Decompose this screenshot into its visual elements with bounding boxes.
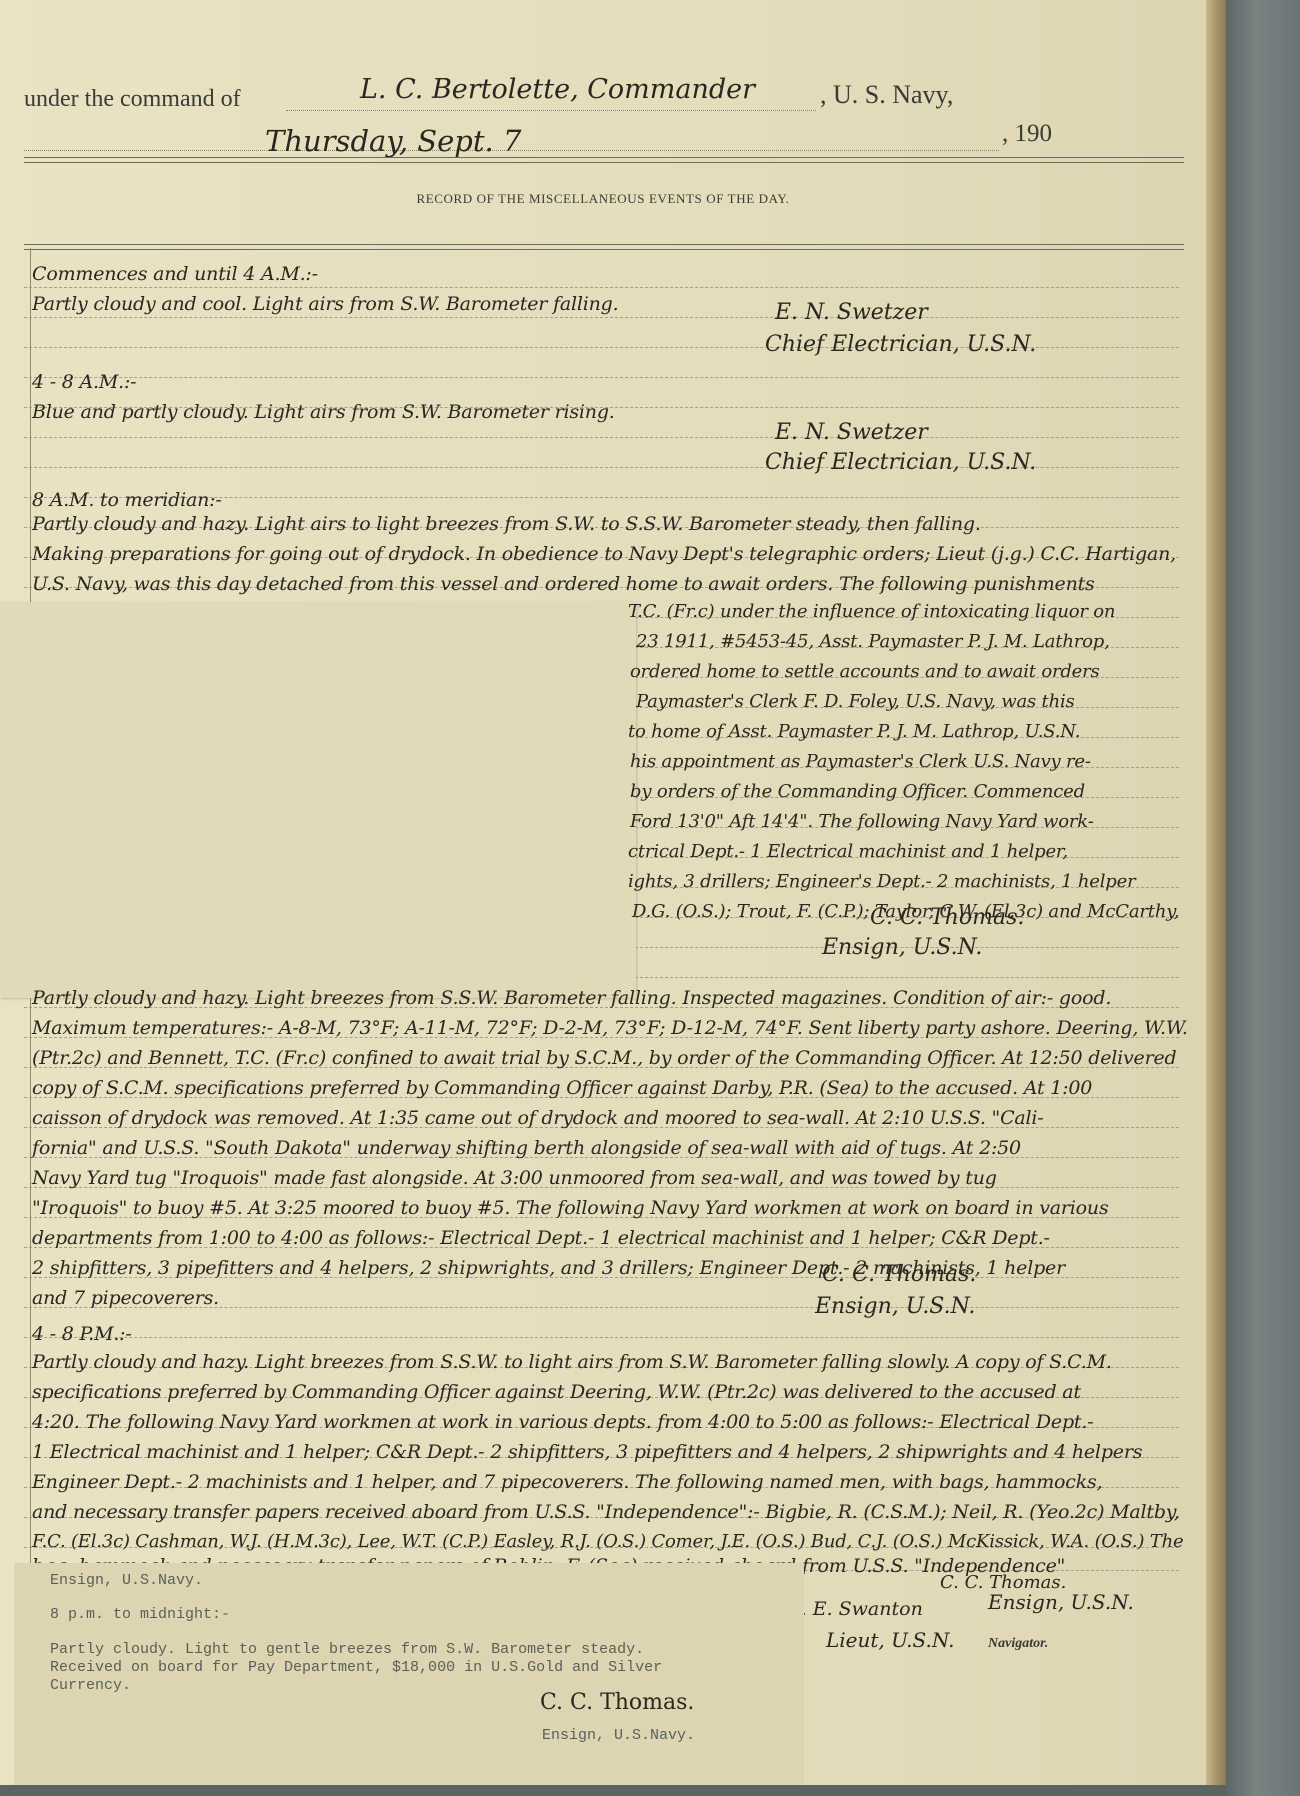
addendum-line: Currency. bbox=[50, 1677, 131, 1695]
partial-line: ights, 3 drillers; Engineer's Dept.- 2 m… bbox=[628, 870, 1135, 894]
addendum-rank: Ensign, U.S.Navy. bbox=[540, 1727, 697, 1744]
watch-line: U.S. Navy, was this day detached from th… bbox=[32, 572, 1095, 596]
watch-signature-title: Chief Electrician, U.S.N. bbox=[765, 332, 1036, 357]
partial-line: ctrical Dept.- 1 Electrical machinist an… bbox=[628, 840, 1068, 864]
header-double-rule bbox=[24, 157, 1184, 163]
watch-line: Navy Yard tug "Iroquois" made fast along… bbox=[32, 1166, 997, 1190]
bottom-background bbox=[0, 1785, 1226, 1796]
watch-line: 1 Electrical machinist and 1 helper; C&R… bbox=[32, 1440, 1142, 1464]
partial-line: ordered home to settle accounts and to a… bbox=[630, 660, 1100, 684]
partial-line: Paymaster's Clerk F. D. Foley, U.S. Navy… bbox=[636, 690, 1075, 714]
watch-heading: Commences and until 4 A.M.:- bbox=[32, 262, 318, 286]
section-double-rule bbox=[24, 244, 1184, 250]
addendum-line: Received on board for Pay Department, $1… bbox=[50, 1659, 662, 1677]
partial-line: Ford 13'0" Aft 14'4". The following Navy… bbox=[630, 810, 1094, 834]
addendum-title: Ensign, U.S.Navy. bbox=[50, 1572, 203, 1590]
watch-line: 4:20. The following Navy Yard workmen at… bbox=[32, 1410, 1093, 1434]
commander-underline bbox=[286, 110, 816, 111]
log-date: Thursday, Sept. 7 bbox=[265, 124, 521, 158]
watch-signature: E. N. Swetzer bbox=[775, 300, 928, 325]
service-label: , U. S. Navy, bbox=[820, 80, 953, 110]
watch-heading: 4 - 8 P.M.:- bbox=[32, 1322, 132, 1346]
watch-line: caisson of drydock was removed. At 1:35 … bbox=[32, 1106, 1044, 1130]
watch-signature: E. N. Swetzer bbox=[775, 420, 928, 445]
partial-line: T.C. (Fr.c) under the influence of intox… bbox=[628, 600, 1115, 624]
watch-line: "Iroquois" to buoy #5. At 3:25 moored to… bbox=[32, 1196, 1109, 1220]
addendum-line: Partly cloudy. Light to gentle breezes f… bbox=[50, 1641, 644, 1659]
log-page: under the command of L. C. Bertolette, C… bbox=[0, 0, 1206, 1785]
command-label: under the command of bbox=[24, 86, 241, 113]
watch-line: Partly cloudy and hazy. Light airs to li… bbox=[32, 512, 981, 536]
watch-line: Making preparations for going out of dry… bbox=[32, 542, 1176, 566]
addendum-signature: C. C. Thomas. bbox=[540, 1690, 694, 1715]
navigator-rank: Lieut, U.S.N. bbox=[826, 1628, 954, 1652]
pasted-slip bbox=[0, 602, 636, 998]
watch-signature-title: Ensign, U.S.N. bbox=[822, 935, 982, 960]
watch-line: fornia" and U.S.S. "South Dakota" underw… bbox=[32, 1136, 1021, 1160]
watch-line: departments from 1:00 to 4:00 as follows… bbox=[32, 1226, 1050, 1250]
binder-background bbox=[1226, 0, 1300, 1796]
watch-signature-title: Ensign, U.S.N. bbox=[988, 1590, 1134, 1614]
partial-line: 23 1911, #5453-45, Asst. Paymaster P. J.… bbox=[636, 630, 1110, 654]
navigator-signature: L. E. Swanton bbox=[788, 1598, 923, 1620]
watch-line: Partly cloudy and cool. Light airs from … bbox=[32, 292, 618, 316]
year-label: , 190 bbox=[1002, 120, 1052, 148]
commander-name: L. C. Bertolette, Commander bbox=[360, 74, 755, 105]
watch-line: Partly cloudy and hazy. Light breezes fr… bbox=[32, 986, 1111, 1010]
page-edge bbox=[1206, 0, 1226, 1785]
partial-line: to home of Asst. Paymaster P. J. M. Lath… bbox=[628, 720, 1080, 744]
watch-line: and 7 pipecoverers. bbox=[32, 1286, 219, 1310]
watch-line: specifications preferred by Commanding O… bbox=[32, 1380, 1081, 1404]
watch-line: Maximum temperatures:- A-8-M, 73°F; A-11… bbox=[32, 1016, 1188, 1040]
watch-signature: C. C. Thomas. bbox=[870, 905, 1024, 930]
watch-signature-title: Chief Electrician, U.S.N. bbox=[765, 450, 1036, 475]
watch-line: F.C. (El.3c) Cashman, W.J. (H.M.3c), Lee… bbox=[32, 1530, 1183, 1554]
navigator-label: Navigator. bbox=[988, 1636, 1048, 1652]
watch-heading: 8 A.M. to meridian:- bbox=[32, 488, 222, 512]
watch-line: copy of S.C.M. specifications preferred … bbox=[32, 1076, 1092, 1100]
watch-heading: 4 - 8 A.M.:- bbox=[32, 370, 136, 394]
watch-line: Engineer Dept.- 2 machinists and 1 helpe… bbox=[32, 1470, 1102, 1494]
watch-line: and necessary transfer papers received a… bbox=[32, 1500, 1180, 1524]
addendum-watch: 8 p.m. to midnight:- bbox=[50, 1606, 230, 1624]
watch-signature-title: Ensign, U.S.N. bbox=[815, 1294, 975, 1319]
partial-line: his appointment as Paymaster's Clerk U.S… bbox=[630, 750, 1091, 774]
watch-line: Partly cloudy and hazy. Light breezes fr… bbox=[32, 1350, 1112, 1374]
section-title: RECORD OF THE MISCELLANEOUS EVENTS OF TH… bbox=[0, 191, 1206, 207]
watch-line: (Ptr.2c) and Bennett, T.C. (Fr.c) confin… bbox=[32, 1046, 1176, 1070]
partial-line: by orders of the Commanding Officer. Com… bbox=[630, 780, 1085, 804]
watch-line: Blue and partly cloudy. Light airs from … bbox=[32, 400, 615, 424]
watch-signature: C. C. Thomas. bbox=[822, 1262, 976, 1287]
